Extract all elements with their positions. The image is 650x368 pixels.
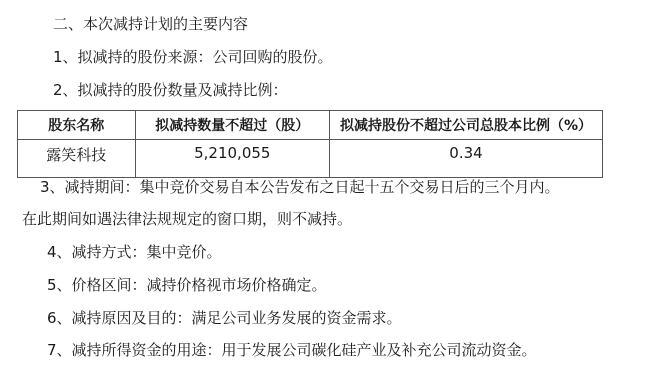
item-2-share-quantity: 2、拟减持的股份数量及减持比例： [53,80,288,100]
reduction-table: 股东名称 拟减持数量不超过（股） 拟减持股份不超过公司总股本比例（%） 露笑科技… [17,110,603,178]
table-row: 露笑科技 5,210,055 0.34 [18,140,603,178]
section-title: 二、本次减持计划的主要内容 [53,14,248,34]
item-5-price-range: 5、价格区间：减持价格视市场价格确定。 [47,275,327,295]
header-shareholder-name: 股东名称 [18,111,136,140]
cell-shareholder-name: 露笑科技 [18,140,136,178]
item-4-reduction-method: 4、减持方式：集中竞价。 [47,242,222,262]
item-3-reduction-period: 3、减持期间：集中竞价交易自本公告发布之日起十五个交易日后的三个月内。 [40,177,560,197]
item-3-window-period: 在此期间如遇法律法规规定的窗口期，则不减持。 [22,209,352,229]
table-header-row: 股东名称 拟减持数量不超过（股） 拟减持股份不超过公司总股本比例（%） [18,111,603,140]
item-7-fund-use: 7、减持所得资金的用途：用于发展公司碳化硅产业及补充公司流动资金。 [47,340,537,360]
item-6-reason: 6、减持原因及目的：满足公司业务发展的资金需求。 [47,308,402,328]
header-max-shares: 拟减持数量不超过（股） [135,111,329,140]
cell-max-shares: 5,210,055 [135,140,329,178]
header-max-ratio: 拟减持股份不超过公司总股本比例（%） [330,111,603,140]
cell-max-ratio: 0.34 [330,140,603,178]
item-1-share-source: 1、拟减持的股份来源：公司回购的股份。 [53,47,333,67]
